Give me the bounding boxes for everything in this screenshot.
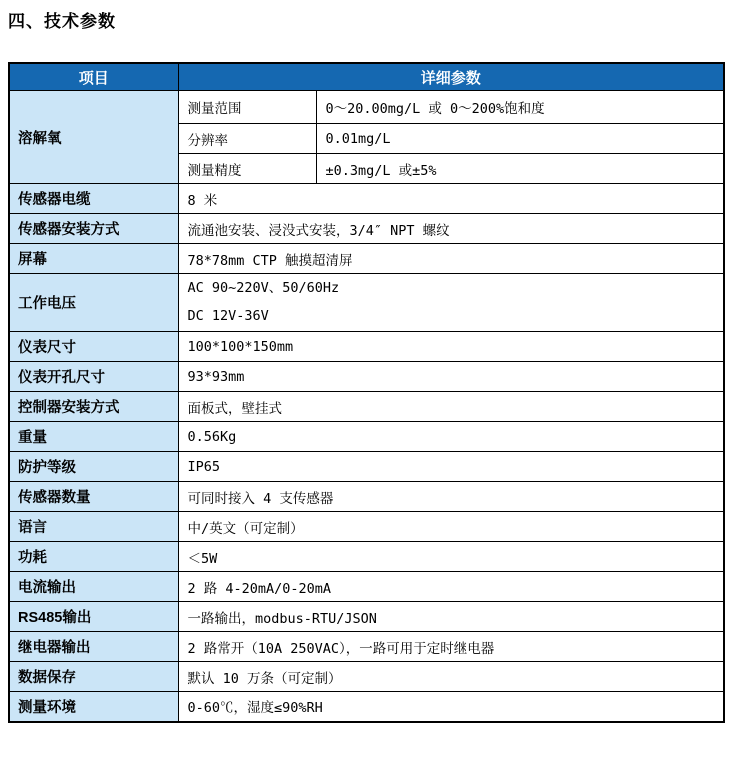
parameter-value: 一路输出，modbus-RTU/JSON — [178, 602, 724, 632]
parameter-value: 78*78mm CTP 触摸超清屏 — [178, 244, 724, 274]
table-row: 控制器安装方式面板式，壁挂式 — [9, 392, 724, 422]
table-row: 电流输出2 路 4-20mA/0-20mA — [9, 572, 724, 602]
table-row: 重量0.56Kg — [9, 422, 724, 452]
table-row: 工作电压AC 90~220V、50/60HzDC 12V-36V — [9, 274, 724, 332]
table-row: 功耗＜5W — [9, 542, 724, 572]
parameter-value: 默认 10 万条（可定制） — [178, 662, 724, 692]
row-label: 防护等级 — [9, 452, 178, 482]
parameter-value-line: DC 12V-36V — [188, 308, 724, 325]
row-label: 功耗 — [9, 542, 178, 572]
parameter-value: 93*93mm — [178, 362, 724, 392]
row-label: 传感器电缆 — [9, 184, 178, 214]
section-title: 四、技术参数 — [8, 7, 116, 32]
row-label: 传感器安装方式 — [9, 214, 178, 244]
row-label: 继电器输出 — [9, 632, 178, 662]
parameter-value: 中/英文（可定制） — [178, 512, 724, 542]
row-label: 传感器数量 — [9, 482, 178, 512]
header-item-column: 项目 — [9, 63, 178, 91]
table-row: 传感器电缆8 米 — [9, 184, 724, 214]
parameter-value: 0～20.00mg/L 或 0～200%饱和度 — [316, 91, 724, 124]
table-row: 屏幕78*78mm CTP 触摸超清屏 — [9, 244, 724, 274]
table-row: RS485输出一路输出，modbus-RTU/JSON — [9, 602, 724, 632]
parameter-value: 0.01mg/L — [316, 124, 724, 154]
table-row: 溶解氧测量范围0～20.00mg/L 或 0～200%饱和度 — [9, 91, 724, 124]
page: 四、技术参数 项目 详细参数 溶解氧测量范围0～20.00mg/L 或 0～20… — [0, 0, 731, 768]
row-label: 溶解氧 — [9, 91, 178, 184]
row-label: RS485输出 — [9, 602, 178, 632]
parameter-value: ＜5W — [178, 542, 724, 572]
parameter-value: 流通池安装、浸没式安装，3/4″ NPT 螺纹 — [178, 214, 724, 244]
row-label: 电流输出 — [9, 572, 178, 602]
sub-parameter-name: 分辨率 — [178, 124, 316, 154]
parameter-value: 0-60℃，湿度≤90%RH — [178, 692, 724, 722]
table-row: 仪表开孔尺寸93*93mm — [9, 362, 724, 392]
row-label: 工作电压 — [9, 274, 178, 332]
spec-table: 项目 详细参数 溶解氧测量范围0～20.00mg/L 或 0～200%饱和度分辨… — [8, 62, 725, 723]
parameter-value: IP65 — [178, 452, 724, 482]
sub-parameter-name: 测量范围 — [178, 91, 316, 124]
row-label: 仪表开孔尺寸 — [9, 362, 178, 392]
spec-table-body: 溶解氧测量范围0～20.00mg/L 或 0～200%饱和度分辨率0.01mg/… — [9, 91, 724, 722]
row-label: 控制器安装方式 — [9, 392, 178, 422]
parameter-value: 0.56Kg — [178, 422, 724, 452]
table-row: 防护等级IP65 — [9, 452, 724, 482]
parameter-value: 面板式，壁挂式 — [178, 392, 724, 422]
parameter-value: 2 路 4-20mA/0-20mA — [178, 572, 724, 602]
table-row: 测量环境0-60℃，湿度≤90%RH — [9, 692, 724, 722]
row-label: 测量环境 — [9, 692, 178, 722]
table-row: 语言中/英文（可定制） — [9, 512, 724, 542]
parameter-value-line: AC 90~220V、50/60Hz — [188, 280, 724, 297]
table-row: 继电器输出2 路常开（10A 250VAC），一路可用于定时继电器 — [9, 632, 724, 662]
row-label: 语言 — [9, 512, 178, 542]
table-row: 传感器安装方式流通池安装、浸没式安装，3/4″ NPT 螺纹 — [9, 214, 724, 244]
header-params-column: 详细参数 — [178, 63, 724, 91]
parameter-value: 可同时接入 4 支传感器 — [178, 482, 724, 512]
row-label: 屏幕 — [9, 244, 178, 274]
table-row: 数据保存默认 10 万条（可定制） — [9, 662, 724, 692]
parameter-value: ±0.3mg/L 或±5% — [316, 154, 724, 184]
sub-parameter-name: 测量精度 — [178, 154, 316, 184]
parameter-value: 2 路常开（10A 250VAC），一路可用于定时继电器 — [178, 632, 724, 662]
row-label: 数据保存 — [9, 662, 178, 692]
parameter-value: 8 米 — [178, 184, 724, 214]
table-header-row: 项目 详细参数 — [9, 63, 724, 91]
parameter-value: 100*100*150mm — [178, 332, 724, 362]
parameter-value-multiline: AC 90~220V、50/60HzDC 12V-36V — [178, 274, 724, 332]
table-row: 仪表尺寸100*100*150mm — [9, 332, 724, 362]
row-label: 仪表尺寸 — [9, 332, 178, 362]
table-row: 传感器数量可同时接入 4 支传感器 — [9, 482, 724, 512]
row-label: 重量 — [9, 422, 178, 452]
